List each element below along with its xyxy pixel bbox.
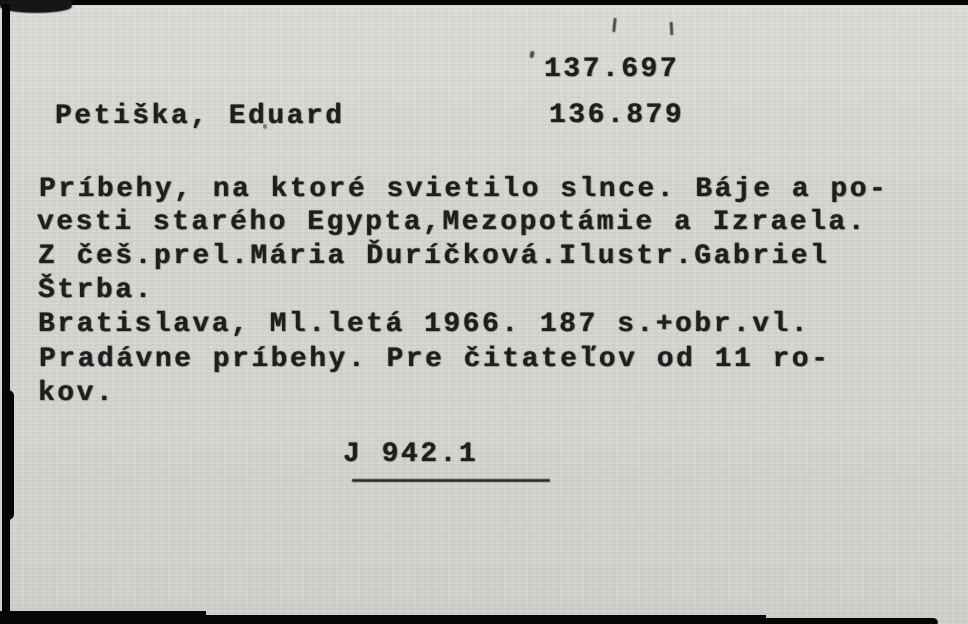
paper-speck: [529, 51, 534, 59]
accession-number-bottom: 136.879: [549, 102, 684, 130]
paper-speck: [670, 22, 674, 35]
author-heading: Petiška, Eduard: [55, 103, 345, 131]
imprint-line: Bratislava, Ml.letá 1966. 187 s.+obr.vl.: [38, 311, 810, 339]
accession-number-top: 137.697: [544, 56, 679, 84]
title-statement-line: vesti starého Egypta,Mezopotámie a Izrae…: [37, 209, 867, 237]
bottom-scan-edge: [200, 615, 766, 624]
bottom-scan-edge: [0, 611, 206, 624]
title-statement-line: Príbehy, na ktoré svietilo slnce. Báje a…: [39, 176, 888, 204]
call-number-underline: [352, 479, 550, 482]
note-line: kov.: [38, 380, 115, 408]
left-scan-edge-bump: [2, 390, 14, 520]
call-number: J 942.1: [343, 441, 478, 469]
paper-speck: [612, 18, 616, 32]
top-scan-edge: [0, 0, 968, 5]
translator-illustrator-line: Z češ.prel.Mária Ďuríčková.Ilustr.Gabrie…: [38, 243, 829, 271]
note-line: Pradávne príbehy. Pre čitateľov od 11 ro…: [39, 346, 830, 374]
ink-smudge-arc: [0, 0, 72, 13]
catalog-card-scan: 137.697 Petiška, Eduard 136.879 Príbehy,…: [0, 0, 968, 624]
bottom-scan-edge: [760, 618, 938, 624]
left-scan-edge: [2, 4, 10, 620]
illustrator-line: Štrba.: [38, 277, 154, 305]
